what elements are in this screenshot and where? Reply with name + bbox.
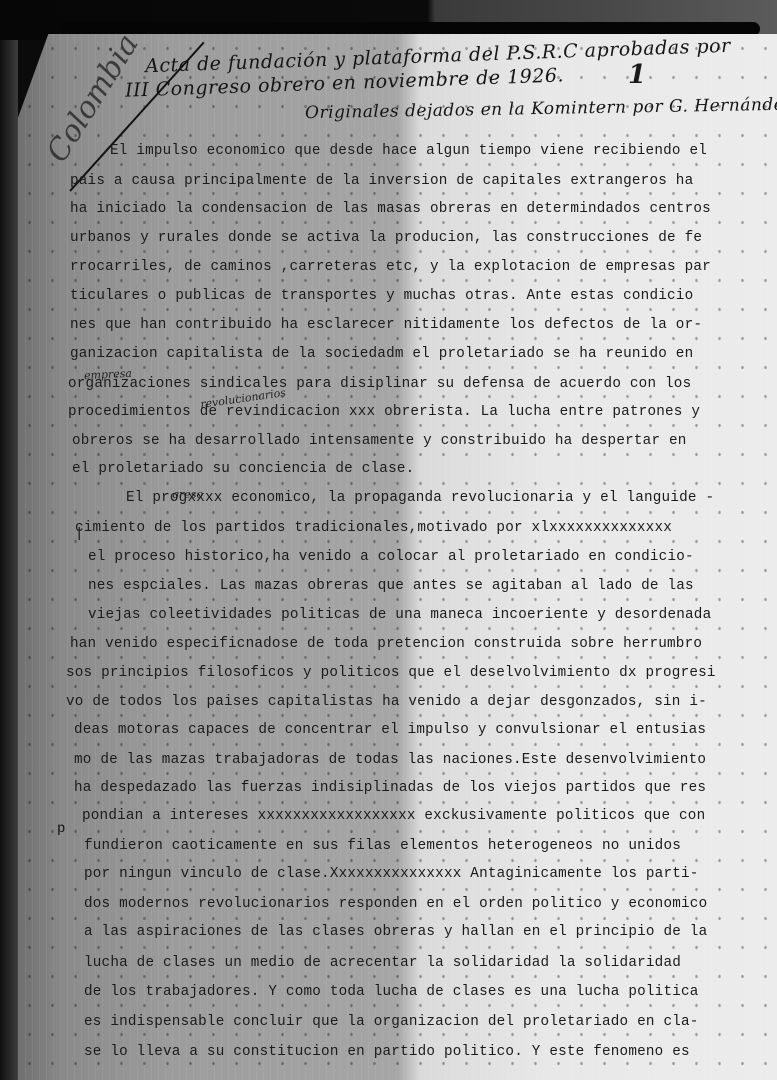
typed-line: pais a causa principalmente de la invers… [70,173,693,189]
typed-line: de los trabajadores. Y como toda lucha d… [84,984,699,1000]
typed-line: pondian a intereses xxxxxxxxxxxxxxxxxx e… [82,808,705,824]
typed-line: deas motoras capaces de concentrar el im… [74,722,706,738]
typed-line: viejas coleetividades politicas de una m… [88,607,711,623]
typed-line: el proceso historico,ha venido a colocar… [88,549,694,565]
typed-line: rrocarriles, de caminos ,carreteras etc,… [70,259,711,275]
typed-line: han venido especificnadose de toda prete… [70,636,702,652]
typed-line: nes que han contribuido ha esclarecer ni… [70,317,702,333]
typed-line: a las aspiraciones de las clases obreras… [84,924,707,940]
typed-line: dos modernos revolucionarios responden e… [84,896,707,912]
typed-line: organizaciones sindicales para disiplina… [68,376,691,392]
typed-line: ha iniciado la condensacion de las masas… [70,201,711,217]
typed-line: mo de las mazas trabajadoras de todas la… [74,752,706,768]
typed-line: nes espciales. Las mazas obreras que ant… [88,578,694,594]
typed-line: lucha de clases un medio de acrecentar l… [84,955,681,971]
typed-line: es indispensable concluir que la organiz… [84,1014,699,1030]
typed-line: el proletariado su conciencia de clase. [72,461,414,477]
typed-line: El progxxxx economico, la propaganda rev… [126,490,714,506]
typed-line: urbanos y rurales donde se activa la pro… [70,230,702,246]
typed-line: vo de todos los paises capitalistas ha v… [66,694,707,710]
typed-line: ticulares o publicas de transportes y mu… [70,288,693,304]
typed-line: por ningun vinculo de clase.Xxxxxxxxxxxx… [84,866,699,882]
typed-line: se lo lleva a su constitucion en partido… [84,1044,690,1060]
typed-line: El impulso economico que desde hace algu… [110,143,707,159]
typed-line: obreros se ha desarrollado intensamente … [72,433,687,449]
typed-line: cimiento de los partidos tradicionales,m… [75,520,672,536]
typed-line: ha despedazado las fuerzas indisiplinada… [74,780,706,796]
typed-line: ganizacion capitalista de la sociedadm e… [70,346,693,362]
typed-line: procedimientos de revindicacion xxx obre… [68,404,700,420]
typewritten-body: El impulso economico que desde hace algu… [0,0,777,1080]
typed-line: sos principios filosoficos y politicos q… [66,665,716,681]
typed-line: fundieron caoticamente en sus filas elem… [84,838,681,854]
